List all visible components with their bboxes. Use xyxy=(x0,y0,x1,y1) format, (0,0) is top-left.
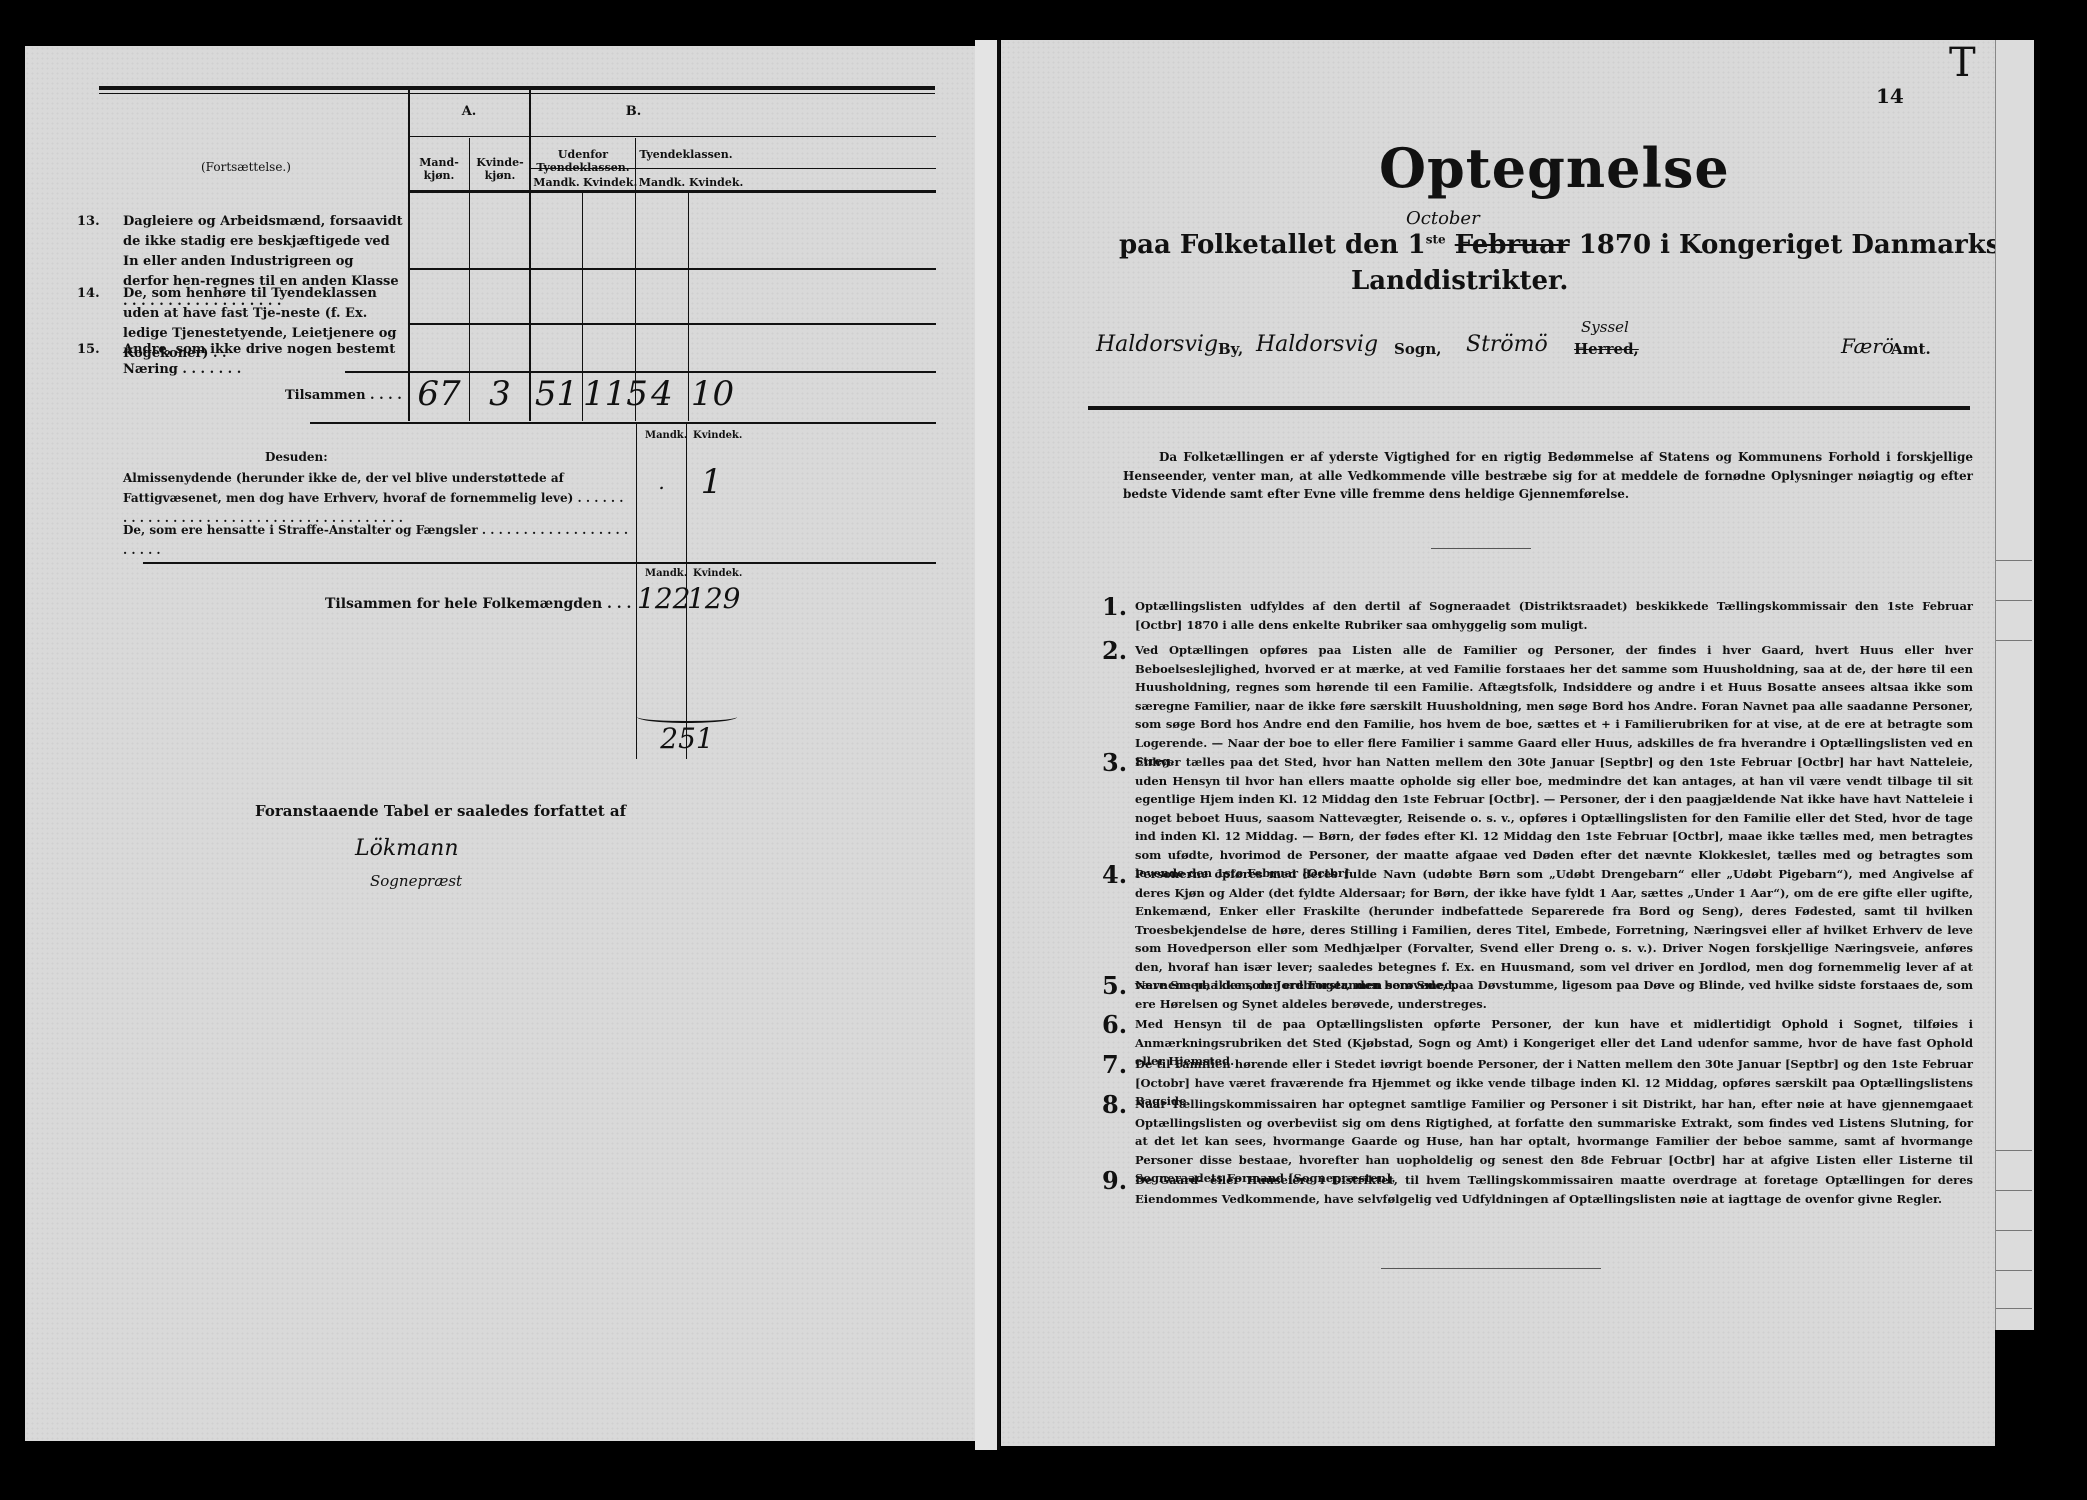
intro-separator xyxy=(1431,548,1531,549)
total-b2-mandk: 4 xyxy=(636,374,688,414)
total-a-male: 67 xyxy=(409,374,469,414)
rule-1-num: 1. xyxy=(1102,592,1127,621)
rule-5-num: 5. xyxy=(1102,971,1127,1000)
header-rule-2 xyxy=(531,168,936,169)
almissenydende-mandk: . xyxy=(637,470,686,494)
header-a-female: Kvinde- kjøn. xyxy=(470,156,530,182)
row-14-num: 14. xyxy=(77,286,100,301)
header-b1-kvindek: Kvindek. xyxy=(583,176,635,189)
row-rule-14 xyxy=(409,323,936,325)
right-page: 14 T Optegnelse October paa Folketallet … xyxy=(1001,40,1995,1446)
subtitle-line-1: paa Folketallet den 1ste Februar 1870 i … xyxy=(1119,230,2000,260)
rule-3-text: Enhver tælles paa det Sted, hvor han Nat… xyxy=(1135,753,1973,883)
col-divider-b2-inner xyxy=(688,191,689,375)
totals-label: Tilsammen . . . . xyxy=(285,386,402,406)
total-b1-mandk: 51 xyxy=(531,374,582,414)
grand-total-kvindek: 129 xyxy=(687,582,736,615)
grand-col-kvindek: Kvindek. xyxy=(693,568,742,579)
header-b2-mandk: Mandk. xyxy=(636,176,688,189)
struck-month: Februar xyxy=(1455,230,1570,260)
col-divider-b2 xyxy=(635,138,636,375)
header-a-male: Mand- kjøn. xyxy=(409,156,469,182)
signature-prefix: Foranstaaende Tabel er saaledes forfatte… xyxy=(255,802,626,820)
straffe-text: De, som ere hensatte i Straffe-Anstalter… xyxy=(123,520,629,560)
intro-paragraph: Da Folketællingen er af yderste Vigtighe… xyxy=(1123,448,1973,504)
header-b: B. xyxy=(531,104,736,119)
grand-total-sum: 251 xyxy=(637,722,737,755)
document-title: Optegnelse xyxy=(1379,136,1730,200)
header-rule-1 xyxy=(409,136,936,137)
page-number: 14 xyxy=(1876,84,1904,108)
row-rule-15 xyxy=(345,371,936,373)
header-b2-kvindek: Kvindek. xyxy=(689,176,736,189)
top-rule xyxy=(99,86,935,90)
left-page: A. B. Mand- kjøn. Kvinde- kjøn. Udenfor … xyxy=(25,46,980,1441)
by-value: Haldorsvig xyxy=(1096,332,1218,357)
signature-title: Sognepræst xyxy=(370,872,462,890)
grand-col-mandk: Mandk. xyxy=(645,568,687,579)
total-a-female: 3 xyxy=(470,374,530,414)
rule-1-text: Optællingslisten udfyldes af den dertil … xyxy=(1135,597,1973,634)
bottom-separator xyxy=(1381,1268,1601,1269)
rule-9-text: De Gaard- eller Huuseiere i Distriktet, … xyxy=(1135,1171,1973,1208)
location-rule xyxy=(1088,406,1970,410)
desuden-col-mandk: Mandk. xyxy=(645,430,687,441)
grand-total-label: Tilsammen for hele Folkemængden . . . xyxy=(325,594,631,614)
inserted-month: October xyxy=(1406,208,1480,229)
header-b1-mandk: Mandk. xyxy=(531,176,582,189)
row-15-text: Andre, som ikke drive nogen bestemt Næri… xyxy=(123,340,403,380)
desuden-rule xyxy=(143,562,936,564)
rule-2-num: 2. xyxy=(1102,636,1127,665)
header-description: (Fortsættelse.) xyxy=(201,160,291,174)
signature-name: Lökmann xyxy=(355,836,459,861)
amt-value: Færö xyxy=(1841,334,1894,358)
total-b2-kvindek: 10 xyxy=(689,374,736,414)
location-line: Haldorsvig By, Haldorsvig Sogn, Strömö S… xyxy=(1096,330,1976,366)
rule-7-num: 7. xyxy=(1102,1050,1127,1079)
almissenydende-text: Almissenydende (herunder ikke de, der ve… xyxy=(123,468,629,528)
stacked-page-edges xyxy=(1995,40,2034,1330)
rule-2-text: Ved Optællingen opføres paa Listen alle … xyxy=(1135,641,1973,771)
desuden-col-kvindek: Kvindek. xyxy=(693,430,742,441)
sogn-value: Haldorsvig xyxy=(1256,332,1378,357)
subtitle-part2: 1870 i Kongeriget Danmarks xyxy=(1579,230,2001,260)
amt-label: Amt. xyxy=(1891,340,1931,358)
desuden-heading: Desuden: xyxy=(265,450,328,464)
by-label: By, xyxy=(1218,340,1243,358)
col-divider-a xyxy=(408,90,410,375)
herred-value: Strömö xyxy=(1466,332,1548,357)
grand-total-mandk: 122 xyxy=(637,582,686,615)
header-rule-bottom xyxy=(409,190,936,193)
totals-rule xyxy=(310,422,936,424)
total-b1-kvindek: 115 xyxy=(583,374,635,414)
herred-label-struck: Herred, xyxy=(1574,340,1639,358)
almissenydende-kvindek: 1 xyxy=(687,462,736,502)
corner-mark: T xyxy=(1949,40,1976,86)
rule-4-num: 4. xyxy=(1102,860,1127,889)
rule-6-num: 6. xyxy=(1102,1010,1127,1039)
subtitle-sup: ste xyxy=(1426,232,1446,246)
header-a: A. xyxy=(409,104,529,119)
header-b-outside: Udenfor Tyendeklassen. xyxy=(531,148,635,174)
row-13-num: 13. xyxy=(77,214,100,229)
col-divider-b xyxy=(529,90,531,375)
header-b-servants: Tyendeklassen. xyxy=(636,148,736,161)
subtitle-part1: paa Folketallet den 1 xyxy=(1119,230,1426,260)
col-divider-b1-inner xyxy=(582,191,583,375)
subtitle-line-2: Landdistrikter. xyxy=(1351,266,1568,296)
sogn-label: Sogn, xyxy=(1394,340,1441,358)
rule-8-num: 8. xyxy=(1102,1090,1127,1119)
herred-inserted: Syssel xyxy=(1581,318,1629,336)
rule-5-text: Navnene paa dem, der ere Forstanden berø… xyxy=(1135,976,1973,1013)
book-gutter xyxy=(975,40,1000,1450)
row-15-num: 15. xyxy=(77,342,100,357)
row-rule-13 xyxy=(409,268,936,270)
rule-3-num: 3. xyxy=(1102,748,1127,777)
rule-9-num: 9. xyxy=(1102,1166,1127,1195)
top-rule-thin xyxy=(99,93,935,94)
